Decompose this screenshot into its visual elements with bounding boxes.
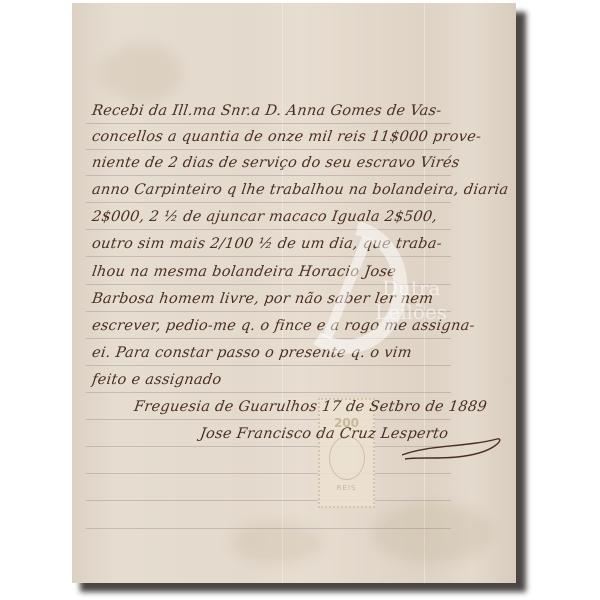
handwritten-line: Recebi da Ill.ma Snr.a D. Anna Gomes de … xyxy=(91,103,443,119)
ruled-line xyxy=(86,419,451,420)
ruled-line xyxy=(86,392,451,393)
document-sheet: 200 REIS Recebi da Ill.ma Snr.a D. Anna … xyxy=(72,3,516,583)
age-stain xyxy=(102,43,182,103)
ruled-line xyxy=(86,229,451,230)
ruled-line xyxy=(86,528,451,529)
handwritten-line: 2$000, 2 ½ de ajuncar macaco Iguala 2$50… xyxy=(91,209,439,225)
stamp-unit: REIS xyxy=(320,484,373,492)
ruled-line xyxy=(86,284,451,285)
ruled-line xyxy=(86,338,451,339)
handwritten-line: ei. Para constar passo o presente q. o v… xyxy=(91,345,413,361)
age-stain xyxy=(372,503,492,563)
ruled-line xyxy=(86,311,451,312)
handwritten-line: lhou na mesma bolandeira Horacio Jose xyxy=(91,264,397,280)
ruled-line xyxy=(86,123,451,124)
handwritten-line: outro sim mais 2/100 ½ de um dia, que tr… xyxy=(91,236,443,252)
ruled-line xyxy=(86,473,451,474)
stamp-portrait xyxy=(329,436,365,480)
handwritten-line: feito e assignado xyxy=(91,372,223,388)
handwritten-line: escrever, pedio-me q. o fince e a rogo m… xyxy=(91,318,476,334)
place-date-line: Freguesia de Guarulhos 17 de Setbro de 1… xyxy=(133,399,488,415)
ruled-line xyxy=(86,149,451,150)
ruled-line xyxy=(86,202,451,203)
signature-flourish xyxy=(397,435,507,465)
ruled-line xyxy=(86,365,451,366)
handwritten-line: anno Carpinteiro q lhe trabalhou na bola… xyxy=(91,182,510,198)
age-stain xyxy=(232,523,322,563)
handwritten-line: Barbosa homem livre, por não saber ler n… xyxy=(91,291,435,307)
ruled-line xyxy=(86,500,451,501)
ruled-line xyxy=(86,175,451,176)
handwritten-line: concellos a quantia de onze mil reis 11$… xyxy=(91,129,483,145)
ruled-line xyxy=(86,256,451,257)
handwritten-line: niente de 2 dias de serviço do seu escra… xyxy=(91,155,461,171)
